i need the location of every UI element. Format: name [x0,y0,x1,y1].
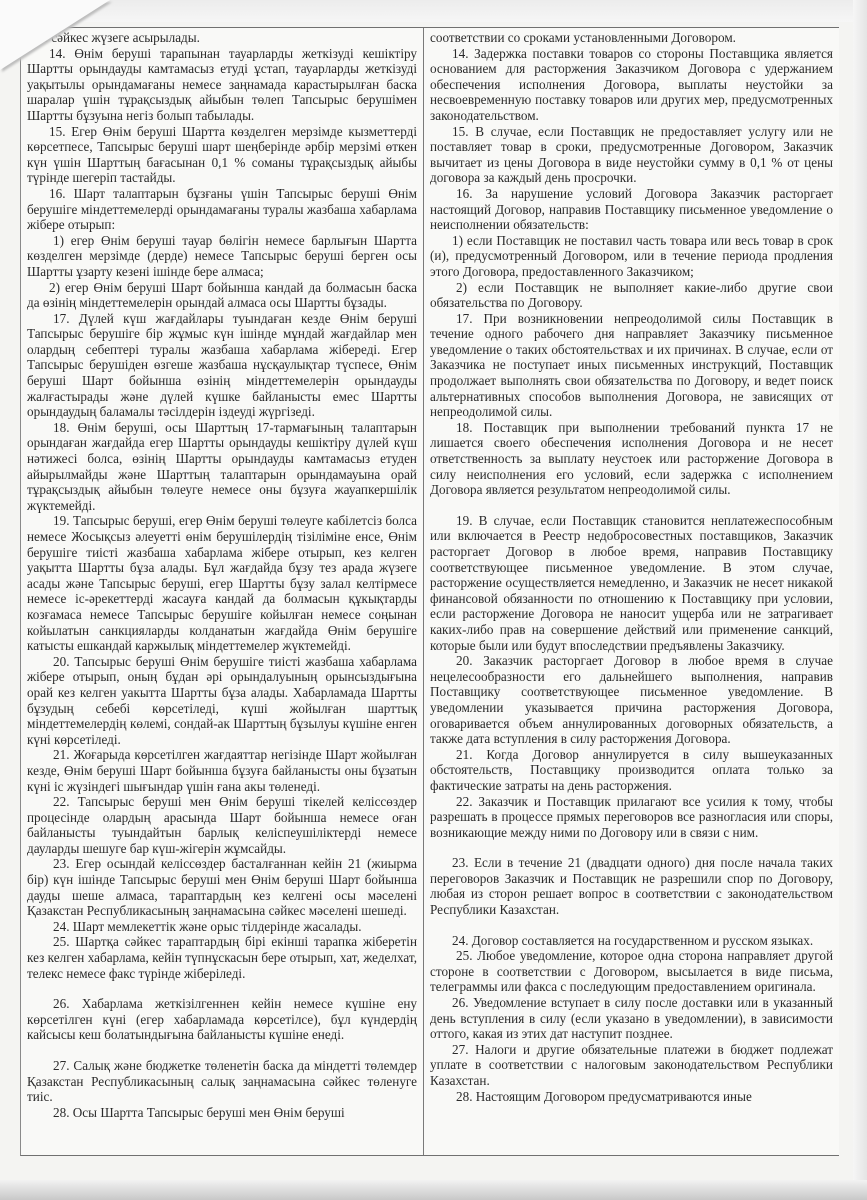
paragraph-spacer [27,981,417,996]
clause-paragraph: 15. В случае, если Поставщик не предоста… [430,124,833,186]
clause-paragraph: 2) если Поставщик не выполняет какие-либ… [430,280,833,311]
clause-paragraph: 25. Шартқа сәйкес тараптардың бірі екінш… [27,934,417,981]
clause-paragraph: 16. За нарушение условий Договора Заказч… [430,186,833,233]
clause-paragraph: 20. Заказчик расторгает Договор в любое … [430,653,833,747]
clause-paragraph: 27. Салық және бюджетке төленетін баска … [27,1058,417,1105]
clause-paragraph: 18. Поставщик при выполнении требований … [430,420,833,498]
clause-paragraph: 23. Егер осындай келіссөздер басталғанна… [27,856,417,918]
paragraph-spacer [430,498,833,513]
clause-paragraph: 16. Шарт талаптарын бұзғаны үшін Тапсыры… [27,186,417,233]
clause-paragraph: 23. Если в течение 21 (двадцати одного) … [430,855,833,917]
clause-paragraph: 27. Налоги и другие обязательные платежи… [430,1042,833,1089]
page-curl-corner [0,0,110,70]
clause-paragraph: 19. Тапсырыс беруші, егер Өнім беруші тө… [27,513,417,653]
clause-paragraph: 22. Заказчик и Поставщик прилагают все у… [430,794,833,841]
clause-paragraph: 24. Договор составляется на государствен… [430,933,833,949]
clause-paragraph: 1) если Поставщик не поставил часть това… [430,233,833,280]
clause-paragraph: 24. Шарт мемлекеттік және орыс тілдерінд… [27,919,417,935]
clause-paragraph: 17. Дүлей күш жағдайлары туындаған кезде… [27,311,417,420]
clause-paragraph: 28. Настоящим Договором предусматриваютс… [430,1089,833,1105]
scan-bottom-edge [0,1180,867,1200]
clause-paragraph: 19. В случае, если Поставщик становится … [430,513,833,653]
paragraph-spacer [430,840,833,855]
clause-paragraph: 17. При возникновении непреодолимой силы… [430,311,833,420]
clause-paragraph: 26. Уведомление вступает в силу после до… [430,995,833,1042]
clause-paragraph: 15. Егер Өнім беруші Шартта көзделген ме… [27,124,417,186]
clause-paragraph: 25. Любое уведомление, которое одна стор… [430,948,833,995]
paragraph-spacer [430,918,833,933]
clause-paragraph: 28. Осы Шартта Тапсырыс беруші мен Өнім … [27,1105,417,1121]
clause-paragraph: соответствии со сроками установленными Д… [430,30,833,46]
kazakh-column: ...ге сәйкес жүзеге асырылады.14. Өнім б… [21,28,424,1155]
clause-paragraph: 18. Өнім беруші, осы Шарттың 17-тармағын… [27,420,417,514]
clause-paragraph: 21. Жоғарыда көрсетілген жағдаяттар негі… [27,747,417,794]
clause-paragraph: 1) егер Өнім беруші тауар бөлігін немесе… [27,233,417,280]
clause-paragraph: 21. Когда Договор аннулируется в силу вы… [430,747,833,794]
scan-right-edge [853,0,867,1200]
clause-paragraph: 14. Задержка поставки товаров со стороны… [430,46,833,124]
clause-paragraph: 26. Хабарлама жеткізілгеннен кейін немес… [27,996,417,1043]
russian-column: соответствии со сроками установленными Д… [424,28,839,1155]
bilingual-contract-table: ...ге сәйкес жүзеге асырылады.14. Өнім б… [20,27,839,1156]
clause-paragraph: 2) егер Өнім беруші Шарт бойынша кандай … [27,280,417,311]
scan-top-shadow [0,0,867,22]
clause-paragraph: 20. Тапсырыс беруші Өнім берушіге тиісті… [27,654,417,748]
clause-paragraph: 22. Тапсырыс беруші мен Өнім беруші тіке… [27,794,417,856]
paragraph-spacer [27,1043,417,1058]
